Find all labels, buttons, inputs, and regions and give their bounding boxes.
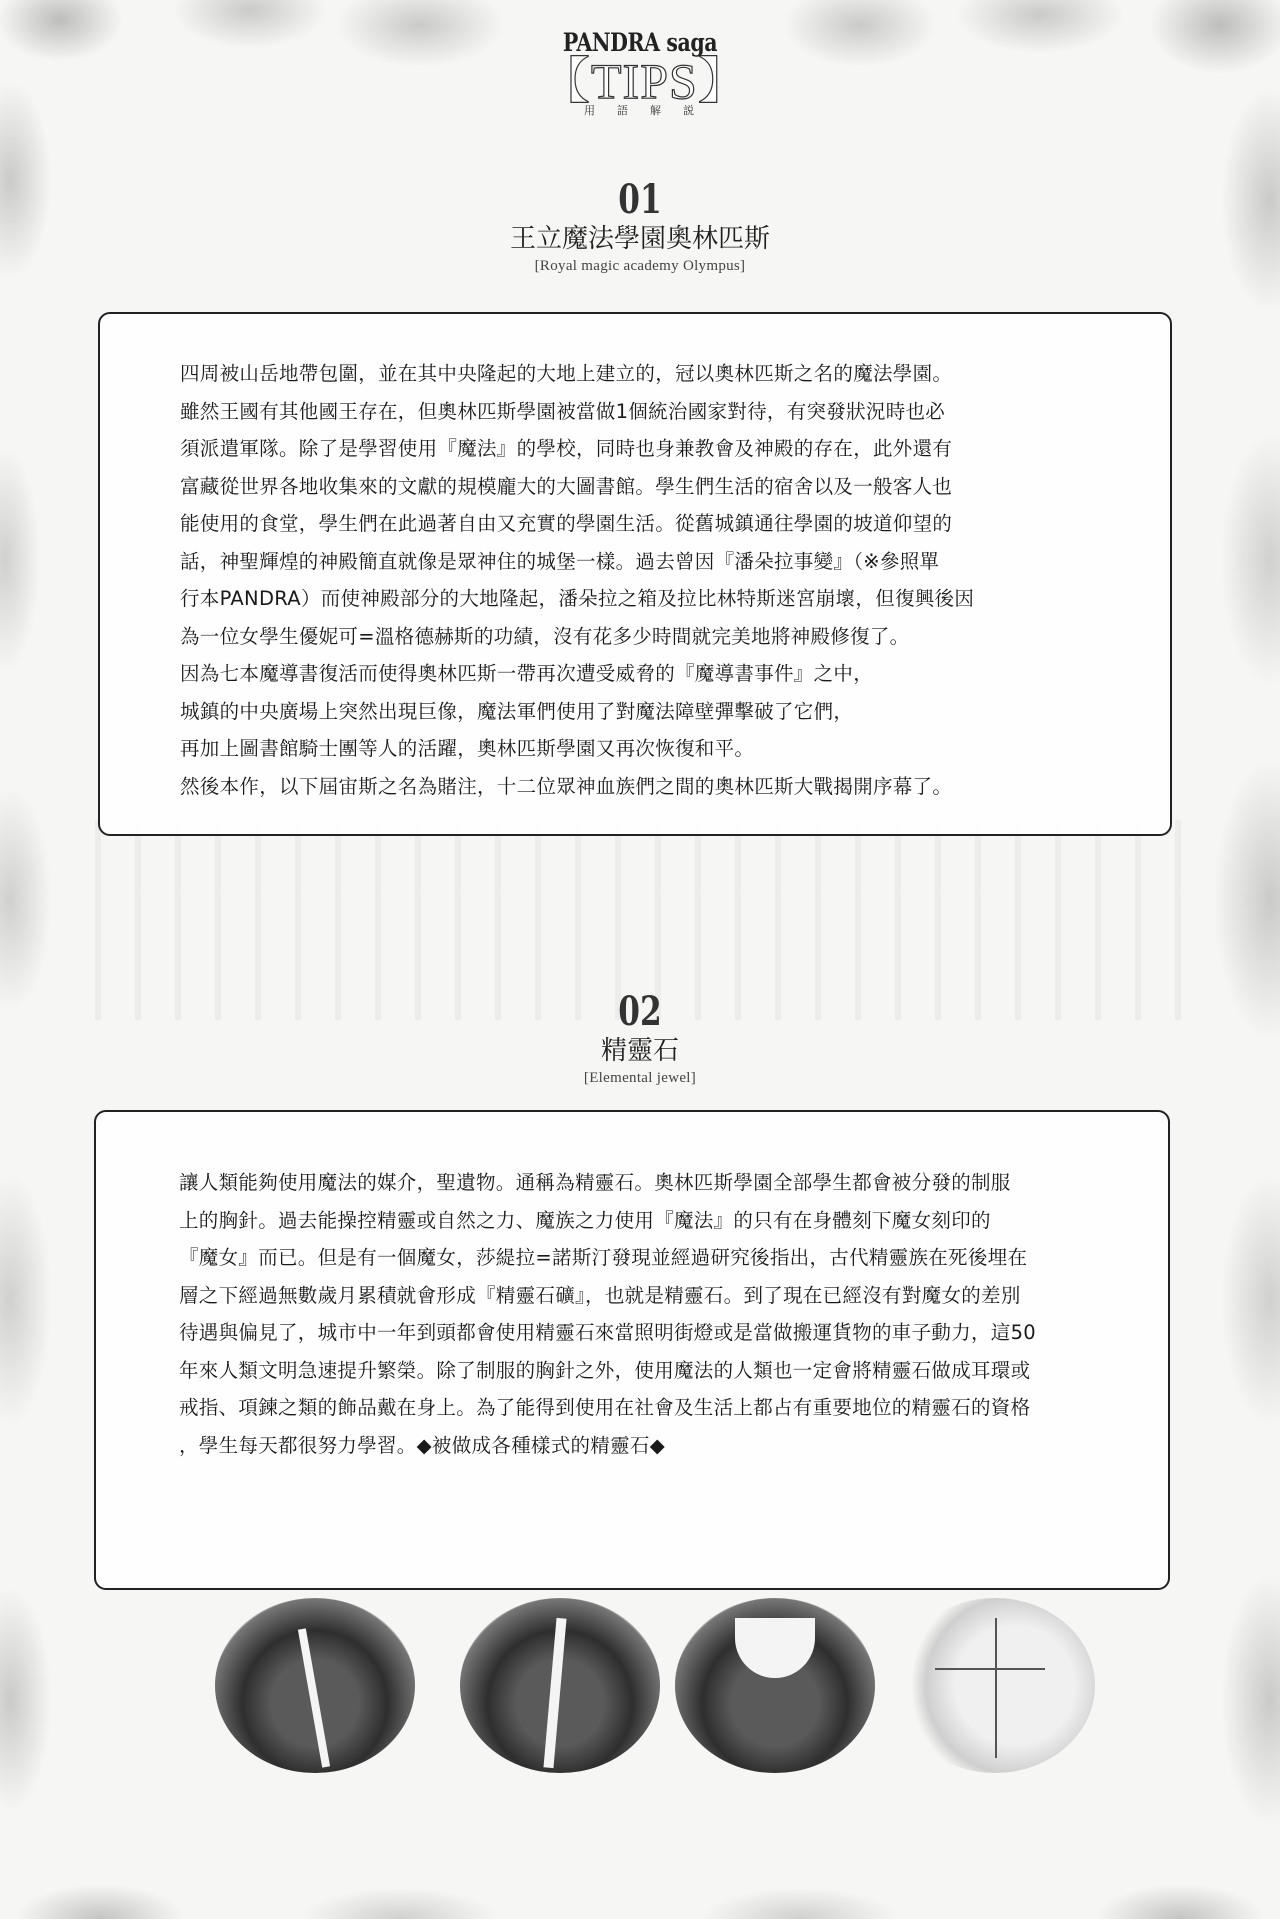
illustration-brooch-3 bbox=[675, 1598, 875, 1773]
body-line: 再加上圖書館騎士團等人的活躍，奧林匹斯學園又再次恢復和平。 bbox=[180, 730, 974, 768]
body-line: 戒指、項鍊之類的飾品戴在身上。為了能得到使用在社會及生活上都占有重要地位的精靈石… bbox=[179, 1389, 1036, 1427]
tips-title: 【TIPS】 bbox=[540, 58, 740, 104]
body-line: 『魔女』而已。但是有一個魔女，莎緹拉=諾斯汀發現並經過研究後指出，古代精靈族在死… bbox=[179, 1239, 1036, 1277]
section-title: 精靈石 bbox=[0, 1034, 1280, 1068]
section-01-textbox: 四周被山岳地帶包圍，並在其中央隆起的大地上建立的，冠以奧林匹斯之名的魔法學園。 … bbox=[98, 312, 1172, 836]
jewel-illustrations bbox=[215, 1598, 1115, 1773]
body-line: 層之下經過無數歲月累積就會形成『精靈石礦』，也就是精靈石。到了現在已經沒有對魔女… bbox=[179, 1277, 1036, 1315]
section-02-textbox: 讓人類能夠使用魔法的媒介，聖遺物。通稱為精靈石。奧林匹斯學園全部學生都會被分發的… bbox=[94, 1110, 1170, 1590]
body-line: 上的胸針。過去能操控精靈或自然之力、魔族之力使用『魔法』的只有在身體刻下魔女刻印… bbox=[179, 1202, 1036, 1240]
page-header: PANDRA saga 【TIPS】 用語解説 bbox=[540, 28, 740, 118]
body-line: 年來人類文明急速提升繁榮。除了制服的胸針之外，使用魔法的人類也一定會將精靈石做成… bbox=[179, 1352, 1036, 1390]
illustration-ring-hand bbox=[895, 1598, 1095, 1773]
lace-border-right bbox=[1190, 0, 1280, 1919]
lace-border-bottom bbox=[0, 1829, 1280, 1919]
body-line: 須派遣軍隊。除了是學習使用『魔法』的學校，同時也身兼教會及神殿的存在，此外還有 bbox=[180, 430, 974, 468]
body-line: 話，神聖輝煌的神殿簡直就像是眾神住的城堡一樣。過去曾因『潘朵拉事變』（※參照單 bbox=[180, 543, 974, 581]
illustration-brooch-2 bbox=[460, 1598, 660, 1773]
body-line: 因為七本魔導書復活而使得奧林匹斯一帶再次遭受威脅的『魔導書事件』之中， bbox=[180, 655, 974, 693]
section-number: 01 bbox=[141, 178, 1139, 222]
body-line: 然後本作，以下屆宙斯之名為賭注，十二位眾神血族們之間的奧林匹斯大戰揭開序幕了。 bbox=[180, 768, 974, 806]
body-line: 為一位女學生優妮可=溫格德赫斯的功績，沒有花多少時間就完美地將神殿修復了。 bbox=[180, 618, 974, 656]
section-02-body: 讓人類能夠使用魔法的媒介，聖遺物。通稱為精靈石。奧林匹斯學園全部學生都會被分發的… bbox=[179, 1164, 1036, 1464]
section-01-heading: 01 王立魔法學園奧林匹斯 [Royal magic academy Olymp… bbox=[0, 178, 1280, 276]
section-02-heading: 02 精靈石 [Elemental jewel] bbox=[0, 990, 1280, 1088]
body-line: 待遇與偏見了，城市中一年到頭都會使用精靈石來當照明街燈或是當做搬運貨物的車子動力… bbox=[179, 1314, 1036, 1352]
body-line: 四周被山岳地帶包圍，並在其中央隆起的大地上建立的，冠以奧林匹斯之名的魔法學園。 bbox=[180, 355, 974, 393]
section-title-en: [Royal magic academy Olympus] bbox=[0, 256, 1280, 276]
body-line: 行本PANDRA）而使神殿部分的大地隆起，潘朵拉之箱及拉比林特斯迷宮崩壞，但復興… bbox=[180, 580, 974, 618]
section-number: 02 bbox=[141, 990, 1139, 1034]
lace-border-left bbox=[0, 0, 70, 1919]
body-line: 能使用的食堂，學生們在此過著自由又充實的學園生活。從舊城鎮通往學園的坡道仰望的 bbox=[180, 505, 974, 543]
series-title: PANDRA saga bbox=[558, 28, 722, 58]
body-line: 讓人類能夠使用魔法的媒介，聖遺物。通稱為精靈石。奧林匹斯學園全部學生都會被分發的… bbox=[179, 1164, 1036, 1202]
body-line: 富藏從世界各地收集來的文獻的規模龐大的大圖書館。學生們生活的宿舍以及一般客人也 bbox=[180, 468, 974, 506]
body-line: 城鎮的中央廣場上突然出現巨像，魔法軍們使用了對魔法障壁彈擊破了它們， bbox=[180, 693, 974, 731]
body-line: ，學生每天都很努力學習。◆被做成各種樣式的精靈石◆ bbox=[179, 1427, 1036, 1465]
section-title: 王立魔法學園奧林匹斯 bbox=[0, 222, 1280, 256]
section-title-en: [Elemental jewel] bbox=[0, 1068, 1280, 1088]
glossary-subtitle: 用語解説 bbox=[560, 104, 740, 118]
body-line: 雖然王國有其他國王存在，但奧林匹斯學園被當做1個統治國家對待，有突發狀況時也必 bbox=[180, 393, 974, 431]
illustration-brooch-1 bbox=[215, 1598, 415, 1773]
section-01-body: 四周被山岳地帶包圍，並在其中央隆起的大地上建立的，冠以奧林匹斯之名的魔法學園。 … bbox=[180, 355, 974, 805]
